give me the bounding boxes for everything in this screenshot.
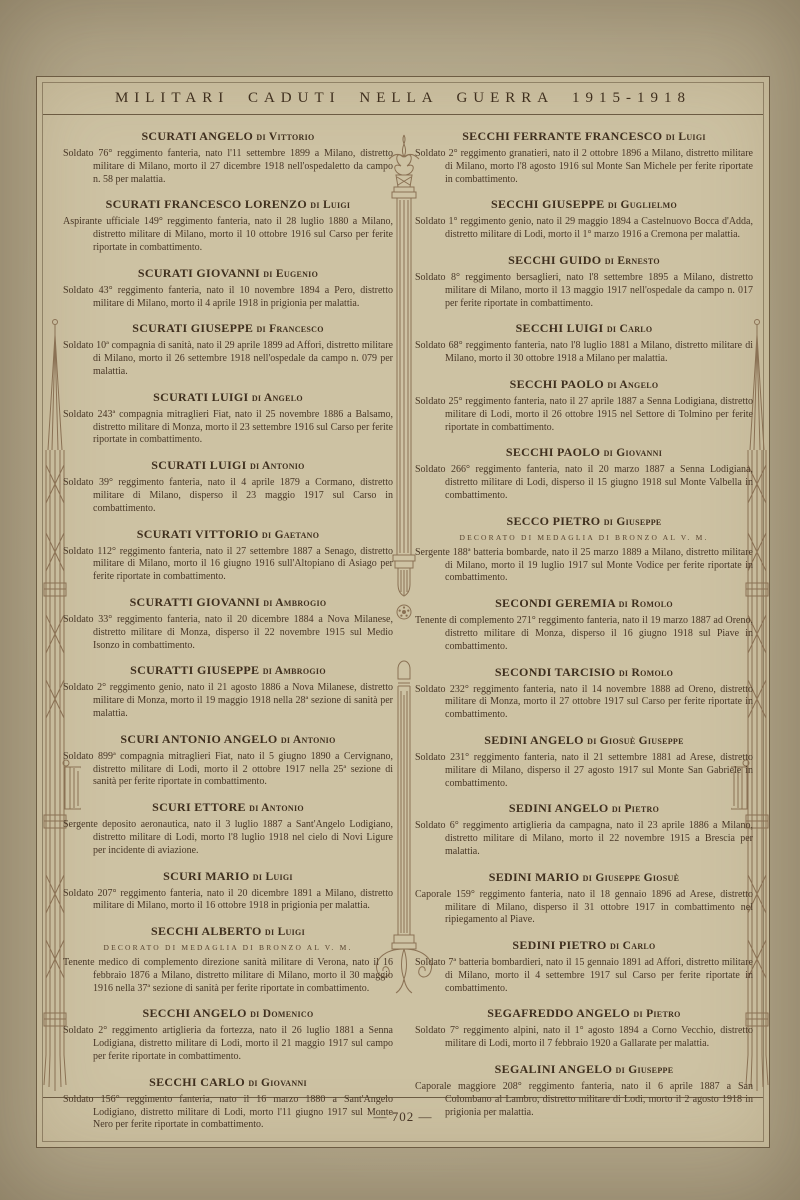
casualty-name: SECONDI GEREMIA di Romolo [415, 596, 753, 611]
casualty-name: SECCHI LUIGI di Carlo [415, 321, 753, 336]
casualty-surname: SEDINI MARIO [489, 870, 580, 884]
page-footer: — 702 — [43, 1097, 763, 1141]
casualty-name: SCURI MARIO di Luigi [63, 869, 393, 884]
casualty-entry: SEDINI ANGELO di Giosuè Giuseppe Soldato… [415, 733, 753, 790]
casualty-surname: SCURATI ANGELO [141, 129, 253, 143]
casualty-patronymic: di Giosuè Giuseppe [587, 735, 684, 747]
casualty-name: SECCHI GIUSEPPE di Guglielmo [415, 197, 753, 212]
casualty-name: SCURATTI GIOVANNI di Ambrogio [63, 595, 393, 610]
casualty-name: SECONDI TARCISIO di Romolo [415, 665, 753, 680]
casualty-surname: SCURATTI GIOVANNI [130, 595, 260, 609]
casualty-name: SECCHI ALBERTO di Luigi [63, 924, 393, 939]
casualty-surname: SCURI ETTORE [152, 800, 246, 814]
casualty-patronymic: di Ambrogio [263, 665, 326, 677]
casualty-surname: SECCHI LUIGI [516, 321, 604, 335]
casualty-name: SCURI ETTORE di Antonio [63, 800, 393, 815]
casualty-entry: SECCHI ANGELO di Domenico Soldato 2° reg… [63, 1006, 393, 1063]
page-frame-inner-rule: MILITARI CADUTI NELLA GUERRA 1915-1918 [42, 82, 764, 1142]
casualty-surname: SCURI ANTONIO ANGELO [120, 732, 277, 746]
casualty-patronymic: di Carlo [610, 940, 656, 952]
casualty-patronymic: di Giuseppe [604, 516, 662, 528]
casualty-name: SECCHI GUIDO di Ernesto [415, 253, 753, 268]
page-title: MILITARI CADUTI NELLA GUERRA 1915-1918 [43, 83, 763, 107]
decoration-line: DECORATO DI MEDAGLIA DI BRONZO AL V. M. [415, 533, 753, 542]
casualty-name: SEDINI ANGELO di Giosuè Giuseppe [415, 733, 753, 748]
casualty-details: Soldato 33° reggimento fanteria, nato il… [63, 614, 393, 652]
casualty-patronymic: di Antonio [249, 802, 304, 814]
casualty-details: Soldato 43° reggimento fanteria, nato il… [63, 285, 393, 311]
casualty-details: Soldato 231° reggimento fanteria, nato i… [415, 752, 753, 790]
casualty-surname: SECCHI PAOLO [510, 377, 604, 391]
casualty-name: SCURI ANTONIO ANGELO di Antonio [63, 732, 393, 747]
casualty-patronymic: di Romolo [619, 598, 673, 610]
right-column: SECCHI FERRANTE FRANCESCO di Luigi Solda… [415, 129, 753, 1130]
casualty-details: Sergente deposito aeronautica, nato il 3… [63, 819, 393, 857]
casualty-surname: SCURATI VITTORIO [137, 527, 259, 541]
casualty-entry: SCURATI LUIGI di Antonio Soldato 39° reg… [63, 458, 393, 515]
casualty-name: SECCHI PAOLO di Angelo [415, 377, 753, 392]
casualty-patronymic: di Eugenio [263, 268, 318, 280]
casualty-patronymic: di Luigi [310, 199, 350, 211]
casualty-entry: SCURATI LUIGI di Angelo Soldato 243ª com… [63, 390, 393, 447]
casualty-entry: SECCHI PAOLO di Angelo Soldato 25° reggi… [415, 377, 753, 434]
casualty-surname: SCURI MARIO [163, 869, 249, 883]
casualty-name: SEDINI ANGELO di Pietro [415, 801, 753, 816]
page-header: MILITARI CADUTI NELLA GUERRA 1915-1918 [43, 83, 763, 115]
casualty-entry: SCURATTI GIUSEPPE di Ambrogio Soldato 2°… [63, 663, 393, 720]
casualty-name: SCURATI ANGELO di Vittorio [63, 129, 393, 144]
casualty-patronymic: di Gaetano [262, 529, 319, 541]
casualty-patronymic: di Giuseppe [616, 1064, 674, 1076]
casualty-patronymic: di Romolo [619, 667, 673, 679]
casualty-name: SCURATI VITTORIO di Gaetano [63, 527, 393, 542]
casualty-name: SCURATI LUIGI di Antonio [63, 458, 393, 473]
casualty-name: SEGALINI ANGELO di Giuseppe [415, 1062, 753, 1077]
casualty-patronymic: di Pietro [612, 803, 659, 815]
casualty-surname: SCURATI GIOVANNI [138, 266, 260, 280]
casualty-details: Tenente di complemento 271° reggimento f… [415, 615, 753, 653]
casualty-details: Soldato 1° reggimento genio, nato il 29 … [415, 216, 753, 242]
casualty-entry: SEDINI MARIO di Giuseppe Giosuè Caporale… [415, 870, 753, 927]
casualty-entry: SECCHI FERRANTE FRANCESCO di Luigi Solda… [415, 129, 753, 186]
casualty-details: Soldato 2° reggimento artiglieria da for… [63, 1025, 393, 1063]
casualty-entry: SCURATI ANGELO di Vittorio Soldato 76° r… [63, 129, 393, 186]
casualty-surname: SCURATI LUIGI [153, 390, 248, 404]
casualty-entry: SCURATI VITTORIO di Gaetano Soldato 112°… [63, 527, 393, 584]
casualty-surname: SECCHI ANGELO [143, 1006, 247, 1020]
casualty-details: Soldato 2° reggimento granatieri, nato i… [415, 148, 753, 186]
casualty-patronymic: di Luigi [265, 926, 305, 938]
casualty-surname: SECCHI GUIDO [508, 253, 601, 267]
casualty-details: Soldato 39° reggimento fanteria, nato il… [63, 477, 393, 515]
casualty-name: SEDINI MARIO di Giuseppe Giosuè [415, 870, 753, 885]
casualty-patronymic: di Francesco [256, 323, 323, 335]
casualty-patronymic: di Ambrogio [263, 597, 326, 609]
casualty-name: SEDINI PIETRO di Carlo [415, 938, 753, 953]
casualty-details: Caporale 159° reggimento fanteria, nato … [415, 889, 753, 927]
casualty-surname: SECCHI FERRANTE FRANCESCO [462, 129, 662, 143]
casualty-entry: SEGAFREDDO ANGELO di Pietro Soldato 7° r… [415, 1006, 753, 1051]
casualty-details: Soldato 68° reggimento fanteria, nato l'… [415, 340, 753, 366]
casualty-name: SCURATI GIOVANNI di Eugenio [63, 266, 393, 281]
casualty-surname: SEDINI PIETRO [512, 938, 606, 952]
casualty-name: SECCO PIETRO di Giuseppe [415, 514, 753, 529]
casualty-patronymic: di Guglielmo [608, 199, 677, 211]
casualty-details: Soldato 25° reggimento fanteria, nato il… [415, 396, 753, 434]
casualty-name: SECCHI FERRANTE FRANCESCO di Luigi [415, 129, 753, 144]
casualty-name: SCURATI GIUSEPPE di Francesco [63, 321, 393, 336]
casualty-details: Soldato 7° reggimento alpini, nato il 1°… [415, 1025, 753, 1051]
casualty-surname: SEDINI ANGELO [509, 801, 609, 815]
casualty-entry: SECCHI ALBERTO di Luigi DECORATO DI MEDA… [63, 924, 393, 995]
casualty-patronymic: di Carlo [607, 323, 653, 335]
casualty-name: SCURATI FRANCESCO LORENZO di Luigi [63, 197, 393, 212]
casualty-patronymic: di Antonio [250, 460, 305, 472]
casualty-patronymic: di Angelo [252, 392, 303, 404]
casualty-patronymic: di Giovanni [604, 447, 663, 459]
casualty-patronymic: di Luigi [666, 131, 706, 143]
page-content: SCURATI ANGELO di Vittorio Soldato 76° r… [43, 115, 763, 1097]
casualty-patronymic: di Giuseppe Giosuè [583, 872, 680, 884]
casualty-details: Soldato 112° reggimento fanteria, nato i… [63, 546, 393, 584]
casualty-entry: SECCHI LUIGI di Carlo Soldato 68° reggim… [415, 321, 753, 366]
casualty-surname: SECONDI TARCISIO [495, 665, 616, 679]
casualty-details: Soldato 207° reggimento fanteria, nato i… [63, 888, 393, 914]
casualty-entry: SECONDI GEREMIA di Romolo Tenente di com… [415, 596, 753, 653]
casualty-surname: SEDINI ANGELO [484, 733, 584, 747]
casualty-details: Soldato 232° reggimento fanteria, nato i… [415, 684, 753, 722]
casualty-details: Tenente medico di complemento direzione … [63, 957, 393, 995]
casualty-details: Soldato 243ª compagnia mitraglieri Fiat,… [63, 409, 393, 447]
casualty-entry: SECCHI PAOLO di Giovanni Soldato 266° re… [415, 445, 753, 502]
casualty-patronymic: di Vittorio [256, 131, 314, 143]
casualty-name: SECCHI ANGELO di Domenico [63, 1006, 393, 1021]
casualty-details: Soldato 8° reggimento bersaglieri, nato … [415, 272, 753, 310]
casualty-surname: SCURATTI GIUSEPPE [130, 663, 259, 677]
casualty-details: Soldato 76° reggimento fanteria, nato l'… [63, 148, 393, 186]
casualty-entry: SECONDI TARCISIO di Romolo Soldato 232° … [415, 665, 753, 722]
casualty-name: SEGAFREDDO ANGELO di Pietro [415, 1006, 753, 1021]
casualty-entry: SECCHI GUIDO di Ernesto Soldato 8° reggi… [415, 253, 753, 310]
casualty-surname: SECCHI CARLO [149, 1075, 245, 1089]
casualty-patronymic: di Giovanni [248, 1077, 307, 1089]
casualty-details: Soldato 7ª batteria bombardieri, nato il… [415, 957, 753, 995]
casualty-surname: SEGALINI ANGELO [495, 1062, 613, 1076]
casualty-entry: SCURATTI GIOVANNI di Ambrogio Soldato 33… [63, 595, 393, 652]
casualty-patronymic: di Pietro [633, 1008, 680, 1020]
decoration-line: DECORATO DI MEDAGLIA DI BRONZO AL V. M. [63, 943, 393, 952]
casualty-surname: SEGAFREDDO ANGELO [487, 1006, 630, 1020]
rosette-ornament [395, 603, 413, 621]
page-number: — 702 — [374, 1109, 433, 1125]
casualty-surname: SECCHI ALBERTO [151, 924, 262, 938]
casualty-surname: SECONDI GEREMIA [495, 596, 615, 610]
casualty-surname: SECCHI PAOLO [506, 445, 600, 459]
casualty-entry: SECCO PIETRO di Giuseppe DECORATO DI MED… [415, 514, 753, 585]
casualty-entry: SCURATI FRANCESCO LORENZO di Luigi Aspir… [63, 197, 393, 254]
casualty-entry: SCURI MARIO di Luigi Soldato 207° reggim… [63, 869, 393, 914]
casualty-surname: SECCO PIETRO [506, 514, 600, 528]
casualty-name: SCURATTI GIUSEPPE di Ambrogio [63, 663, 393, 678]
casualty-entry: SECCHI GIUSEPPE di Guglielmo Soldato 1° … [415, 197, 753, 242]
page-frame: MILITARI CADUTI NELLA GUERRA 1915-1918 [36, 76, 770, 1148]
casualty-surname: SECCHI GIUSEPPE [491, 197, 605, 211]
casualty-name: SECCHI CARLO di Giovanni [63, 1075, 393, 1090]
casualty-entry: SCURI ANTONIO ANGELO di Antonio Soldato … [63, 732, 393, 789]
casualty-entry: SEDINI PIETRO di Carlo Soldato 7ª batter… [415, 938, 753, 995]
casualty-surname: SCURATI GIUSEPPE [132, 321, 253, 335]
casualty-patronymic: di Angelo [607, 379, 658, 391]
casualty-surname: SCURATI LUIGI [151, 458, 246, 472]
casualty-patronymic: di Luigi [253, 871, 293, 883]
casualty-details: Sergente 188ª batteria bombarde, nato il… [415, 547, 753, 585]
casualty-entry: SCURATI GIOVANNI di Eugenio Soldato 43° … [63, 266, 393, 311]
casualty-details: Aspirante ufficiale 149° reggimento fant… [63, 216, 393, 254]
scanned-book-page: MILITARI CADUTI NELLA GUERRA 1915-1918 [0, 0, 800, 1200]
casualty-details: Soldato 2° reggimento genio, nato il 21 … [63, 682, 393, 720]
casualty-entry: SCURI ETTORE di Antonio Sergente deposit… [63, 800, 393, 857]
casualty-details: Soldato 6° reggimento artiglieria da cam… [415, 820, 753, 858]
casualty-entry: SEDINI ANGELO di Pietro Soldato 6° reggi… [415, 801, 753, 858]
casualty-patronymic: di Ernesto [605, 255, 660, 267]
casualty-entry: SCURATI GIUSEPPE di Francesco Soldato 10… [63, 321, 393, 378]
casualty-patronymic: di Antonio [281, 734, 336, 746]
left-column: SCURATI ANGELO di Vittorio Soldato 76° r… [63, 129, 393, 1143]
casualty-details: Soldato 10ª compagnia di sanità, nato il… [63, 340, 393, 378]
casualty-surname: SCURATI FRANCESCO LORENZO [106, 197, 307, 211]
casualty-name: SECCHI PAOLO di Giovanni [415, 445, 753, 460]
casualty-name: SCURATI LUIGI di Angelo [63, 390, 393, 405]
casualty-details: Soldato 899ª compagnia mitraglieri Fiat,… [63, 751, 393, 789]
casualty-details: Soldato 266° reggimento fanteria, nato i… [415, 464, 753, 502]
casualty-patronymic: di Domenico [250, 1008, 313, 1020]
